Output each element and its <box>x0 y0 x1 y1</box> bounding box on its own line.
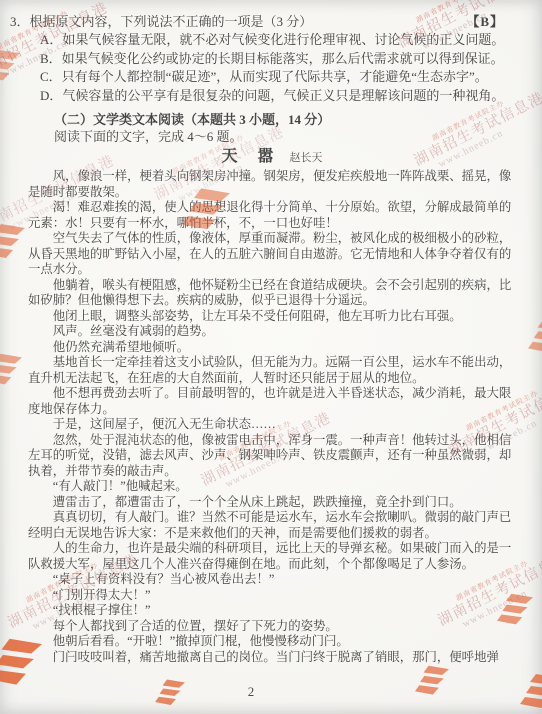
story-paragraph: 他闭上眼，调整头部姿势，让左耳朵不受任何阻碍，他左耳听力比右耳强。 <box>28 309 516 325</box>
section-heading: （二）文学类文本阅读（本题共 3 小题，14 分） <box>28 111 516 128</box>
story-paragraph: 渴！难忍难挨的渴，使人的思想退化得十分简单、十分原始。欲望，分解成最简单的元素：… <box>28 200 516 231</box>
section-instruction: 阅读下面的文字，完成 4～6 题。 <box>28 128 516 145</box>
story-paragraph: 他仍然充满希望地倾听。 <box>28 340 516 356</box>
story-paragraph: “有人敲门！”他喊起来。 <box>28 479 516 495</box>
story-paragraph: “桌子上有资料没有？当心被风卷出去！” <box>28 572 516 588</box>
option-c: C．只有每个人都控制“碳足迹”，从而实现了代际共享，才能避免“生态赤字”。 <box>40 68 516 86</box>
story-title-line: 天 嚣赵长天 <box>28 146 516 168</box>
story-paragraph: 他躺着，喉头有梗阻感，他怀疑粉尘已经在食道结成硬块。会不会引起别的疾病，比如矽肺… <box>28 278 516 309</box>
page-number: 2 <box>0 684 502 700</box>
story-paragraph: 人的生命力，也许是最尖端的科研项目，远比上天的导弹玄秘。如果破门而入的是一队救援… <box>28 541 516 572</box>
story-paragraph: 真真切切，有人敲门。谁？当然不可能是运水车，运水车会揿喇叭。微弱的敲门声已经明白… <box>28 510 516 541</box>
answer-marker: 【B】 <box>466 13 504 31</box>
option-d: D．气候容量的公平享有是很复杂的问题，气候正义只是理解该问题的一种视角。 <box>40 87 516 105</box>
story-paragraph: 遭雷击了，都遭雷击了，一个个全从床上跳起，跌跌撞撞，竟全扑到门口。 <box>28 495 516 511</box>
story-paragraph: 于是，这间屋子，便沉入无生命状态…… <box>28 417 516 433</box>
question-stem-line: 【B】 3．根据原文内容，下列说法不正确的一项是（3 分） <box>10 13 516 31</box>
story-body: 风，像浪一样，梗着头向钢架房冲撞。钢架房，便发疟疾般地一阵阵战栗、摇晃，像是随时… <box>28 169 516 665</box>
question-3-block: 【B】 3．根据原文内容，下列说法不正确的一项是（3 分） A．如果气候容量无限… <box>28 13 516 105</box>
story-paragraph: 门闩吱吱叫着，痛苦地撤离自己的岗位。当门闩终于脱离了销眼，那门，便呼地弹 <box>28 650 516 666</box>
story-paragraph: 风，像浪一样，梗着头向钢架房冲撞。钢架房，便发疟疾般地一阵阵战栗、摇晃，像是随时… <box>28 169 516 200</box>
page-content: 【B】 3．根据原文内容，下列说法不正确的一项是（3 分） A．如果气候容量无限… <box>0 0 542 714</box>
story-paragraph: “找根棍子撑住！” <box>28 603 516 619</box>
story-paragraph: 每个人都找到了合适的位置，摆好了下死力的姿势。 <box>28 619 516 635</box>
exam-paper-page: 湖南省教育考试院主办 湖南招生考试信息港 www.hneeb.cn 湖南省教育考… <box>0 0 542 714</box>
story-paragraph: 基地首长一定牵挂着这支小试验队，但无能为力。远隔一百公里，运水车不能出动，直升机… <box>28 355 516 386</box>
story-author: 赵长天 <box>290 152 323 164</box>
option-a: A．如果气候容量无限，就不必对气候变化进行伦理审视、讨论气候的正义问题。 <box>40 31 516 49</box>
option-b: B．如果气候变化公约或协定的长期目标能落实，那么后代需求就可以得到保证。 <box>40 50 516 68</box>
story-paragraph: 空气失去了气体的性质，像液体，厚重而凝滞。粉尘，被风化成的极细极小的砂粒，从昏天… <box>28 231 516 278</box>
story-paragraph: 他朝后看看。“开啦！”撤掉顶门棍，他慢慢移动门闩。 <box>28 634 516 650</box>
story-paragraph: 忽然，处于混沌状态的他，像被雷电击中，浑身一震。一种声音！他转过头，他相信左耳的… <box>28 433 516 480</box>
story-paragraph: 风声。丝毫没有减弱的趋势。 <box>28 324 516 340</box>
question-stem: 3．根据原文内容，下列说法不正确的一项是（3 分） <box>10 14 312 29</box>
story-paragraph: 他不想再费劲去听了。目前最明智的，也许就是进入半昏迷状态，减少消耗，最大限度地保… <box>28 386 516 417</box>
story-paragraph: “门别开得太大！” <box>28 588 516 604</box>
story-title: 天 嚣 <box>221 148 275 165</box>
